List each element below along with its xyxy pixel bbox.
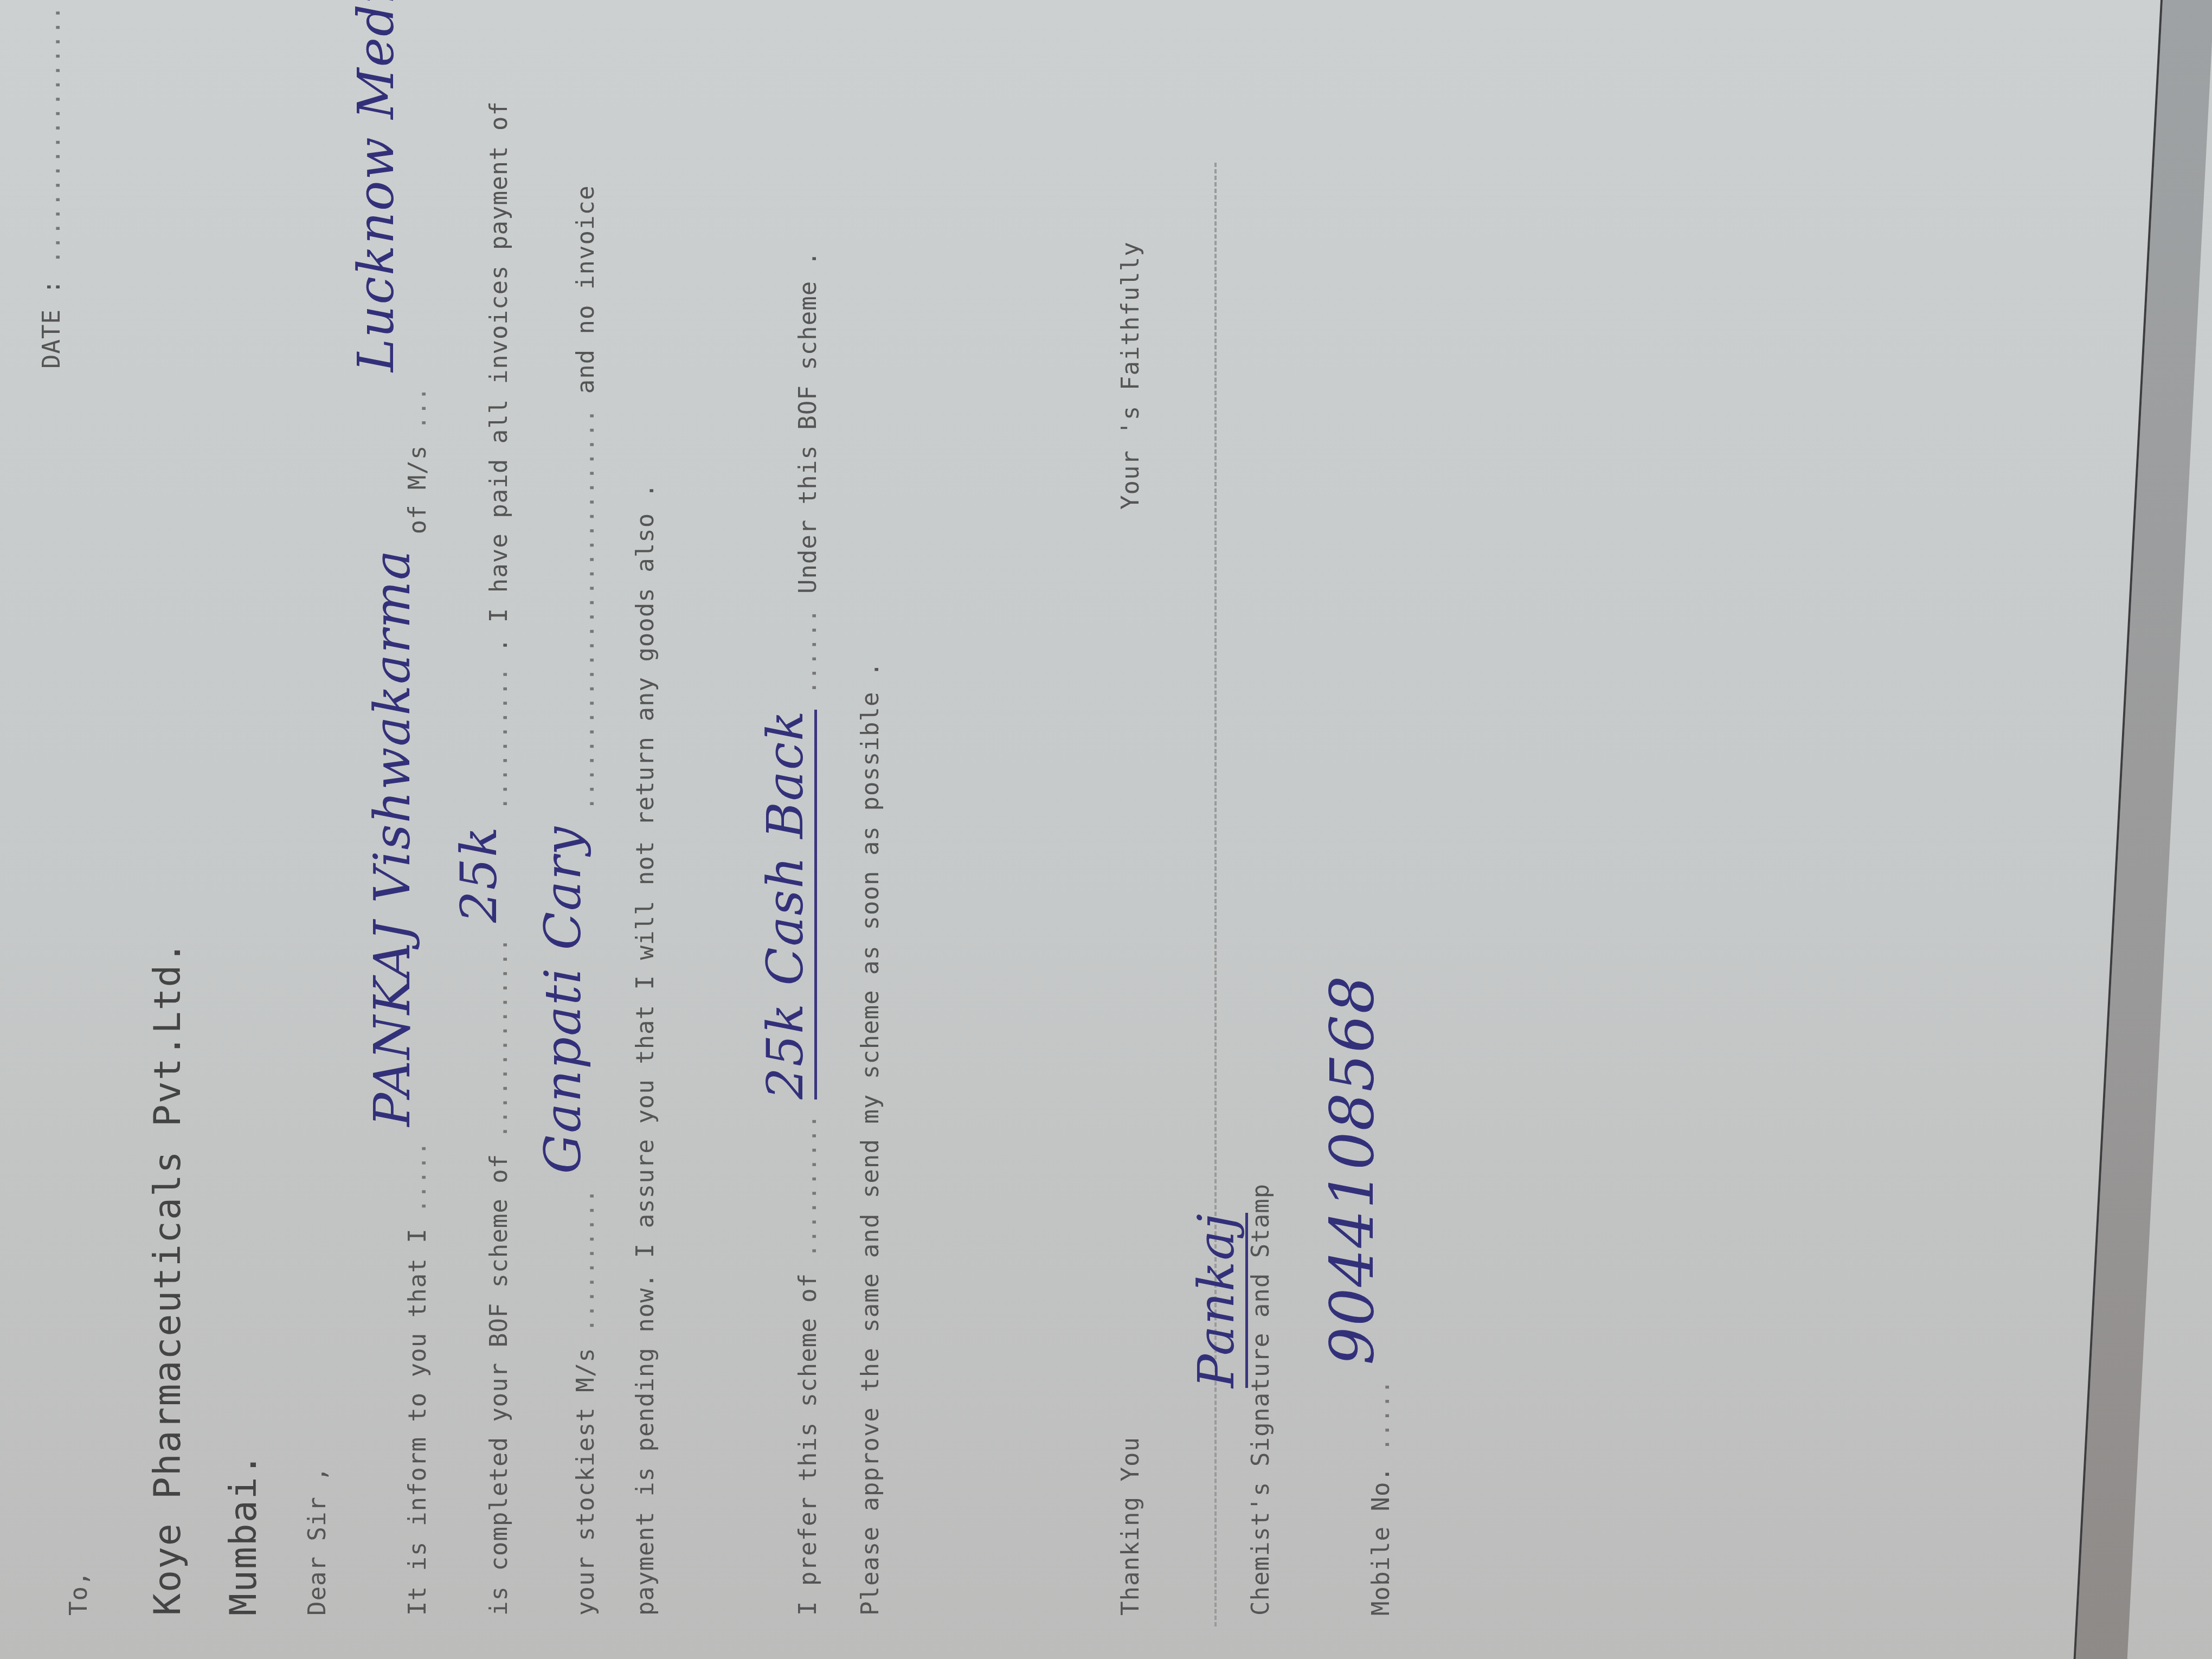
mobile-label: Mobile No. (1367, 1467, 1395, 1616)
stockist-name-handwritten: Ganpati Cary (534, 826, 592, 1174)
dots: .......... (572, 1189, 600, 1333)
body-line-1: It is inform to you that I ..... PANKAJ … (380, 0, 438, 1616)
scheme-amount-handwritten: 25k (450, 826, 508, 923)
body-line-5: I prefer this scheme of .......... 25k C… (770, 251, 828, 1616)
body-line-1-mid: of M/s (404, 445, 432, 534)
signature-handwritten: Pankaj (1187, 1213, 1248, 1388)
signature-label: Chemist's Signature and Stamp (1247, 1184, 1275, 1616)
firm-name-handwritten: Lucknow Medical Store (347, 0, 405, 372)
date-dots: .................. (38, 6, 66, 265)
mobile-field: Mobile No. ..... 9044108568 (1334, 975, 1403, 1616)
body-line-6: Please approve the same and send my sche… (857, 662, 884, 1616)
dots: ............................ (572, 409, 600, 811)
to-label: To, (65, 1571, 93, 1616)
dots: .............. (485, 937, 513, 1139)
chemist-name-handwritten: PANKAJ Vishwakarma (363, 549, 421, 1127)
date-field: DATE : .................. (38, 6, 66, 369)
company-name: Koye Pharmaceuticals Pvt.Ltd. (146, 941, 189, 1616)
signature-field: Chemist's Signature and Stamp Pankaj (1247, 1184, 1275, 1616)
dashed-divider (1214, 163, 1217, 1626)
salutation: Dear Sir , (304, 1467, 331, 1616)
preferred-scheme-handwritten: 25k Cash Back (756, 710, 817, 1099)
body-line-4: payment is pending now. I assure you tha… (632, 483, 659, 1616)
dots: .......... (485, 667, 513, 811)
body-line-1-prefix: It is inform to you that I (404, 1228, 432, 1616)
dots: .......... (794, 1114, 822, 1258)
body-line-2-suffix: . I have paid all invoices payment of (485, 101, 513, 652)
body-line-2: is completed your BOF scheme of ........… (461, 101, 519, 1616)
dots: ...... (794, 609, 822, 695)
date-label: DATE : (38, 279, 66, 369)
letter-page: DATE : .................. To, Koye Pharm… (0, 0, 2147, 1659)
body-line-3-suffix: and no invoice (572, 185, 600, 394)
body-line-3: your stockiest M/s .......... Ganpati Ca… (548, 185, 606, 1616)
dots: ... (404, 387, 432, 429)
mobile-number-handwritten: 9044108568 (1317, 975, 1387, 1365)
dots: ..... (404, 1141, 432, 1213)
body-line-5-suffix: Under this BOF scheme . (794, 251, 822, 594)
yours-faithfully: Your 's Faithfully (1117, 241, 1144, 510)
body-line-2-prefix: is completed your BOF scheme of (485, 1154, 513, 1616)
body-line-5-prefix: I prefer this scheme of (794, 1273, 822, 1616)
body-line-3-prefix: your stockiest M/s (572, 1347, 600, 1616)
thanking-you: Thanking You (1117, 1437, 1144, 1616)
dots: ..... (1367, 1380, 1395, 1451)
city: Mumbai. (222, 1452, 265, 1616)
